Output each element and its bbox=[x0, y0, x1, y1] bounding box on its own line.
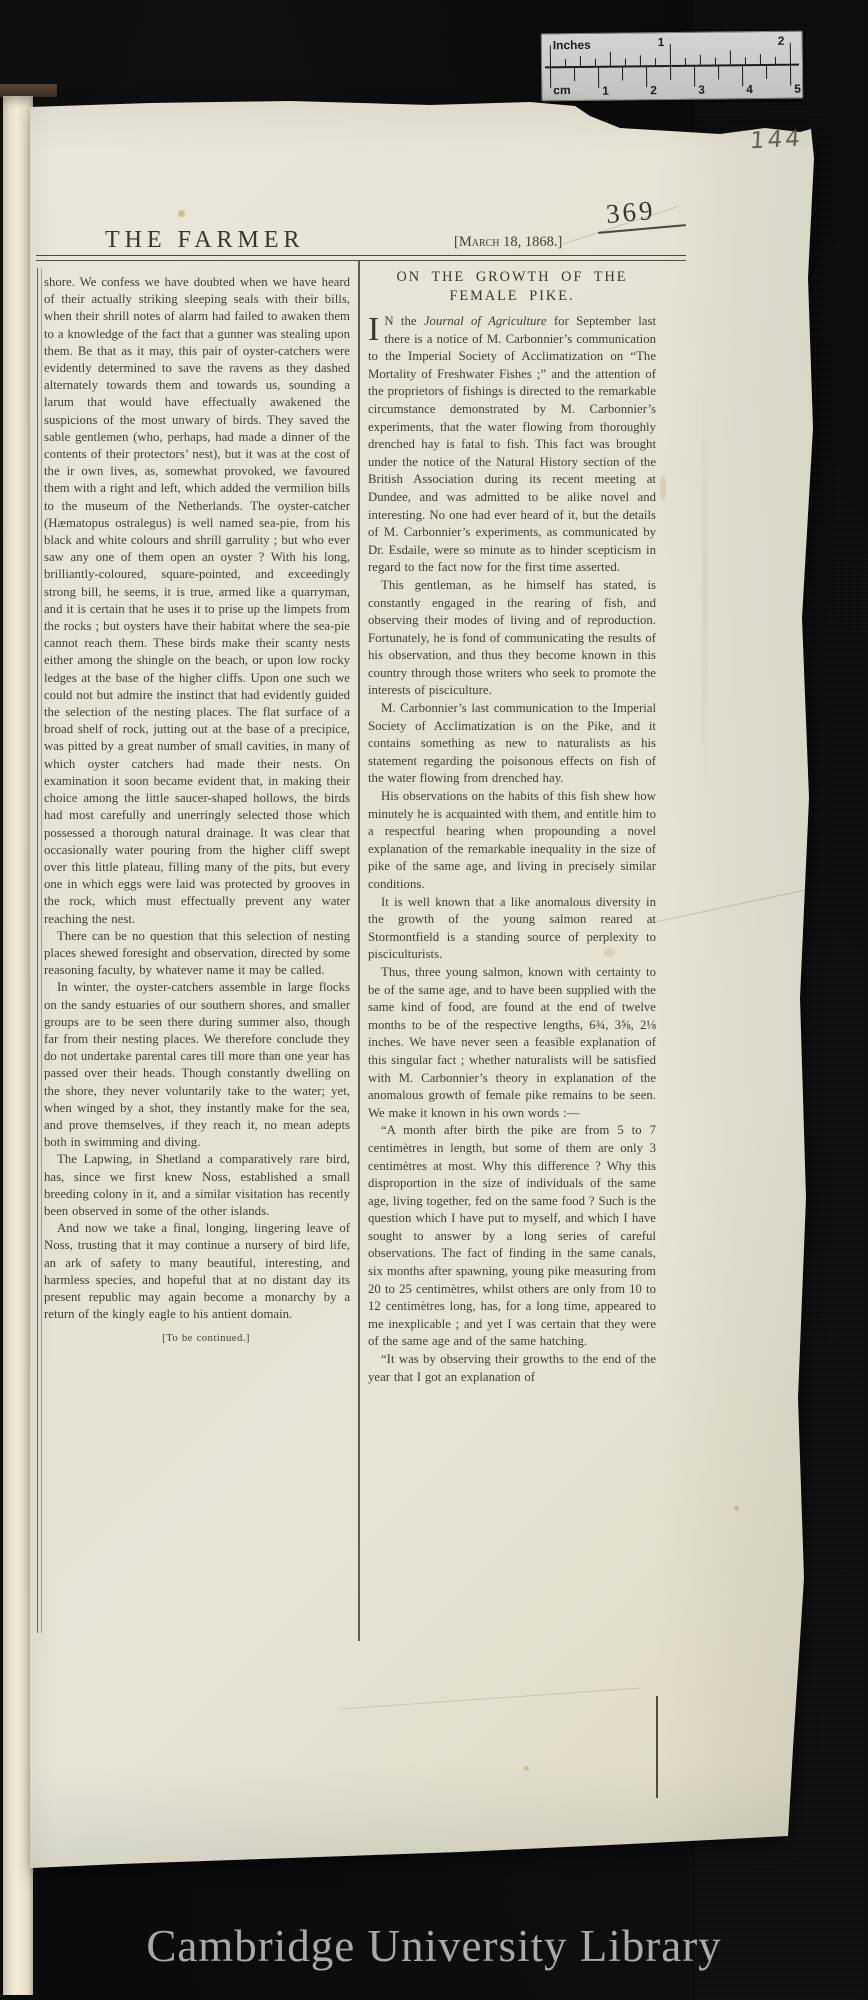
ruler-tick bbox=[715, 58, 716, 66]
album-page-edge bbox=[3, 96, 33, 1995]
article-paragraph: This gentleman, as he himself has stated… bbox=[368, 577, 656, 700]
paper-crease bbox=[340, 1688, 639, 1710]
paper-stain bbox=[524, 1766, 529, 1771]
paper-crease bbox=[647, 887, 818, 924]
article-paragraph: His observations on the habits of this f… bbox=[368, 788, 656, 894]
ruler-inches-label: Inches bbox=[553, 38, 591, 52]
ruler-tick bbox=[790, 65, 792, 85]
ruler-inch-scale: 12 bbox=[542, 32, 802, 35]
ruler-tick bbox=[670, 44, 672, 66]
article-heading: ON THE GROWTH OF THE FEMALE PIKE. bbox=[368, 268, 656, 306]
article-paragraph: There can be no question that this selec… bbox=[44, 928, 350, 980]
ruler-inch-number: 1 bbox=[658, 35, 665, 49]
ruler-tick bbox=[550, 68, 552, 88]
article-paragraph: The Lapwing, in Shetland a comparatively… bbox=[44, 1151, 350, 1220]
ruler-tick bbox=[718, 66, 720, 79]
ruler-cm-number: 5 bbox=[794, 82, 801, 96]
article-paragraph: IN the Journal of Agriculture for Septem… bbox=[368, 313, 656, 577]
ruler-tick bbox=[595, 59, 596, 67]
paragraph-text: for September last there is a notice of … bbox=[368, 314, 656, 574]
scanned-page-scene: Inches cm 12 12345 THE FARMER [March 18,… bbox=[0, 0, 868, 2000]
ruler-cm-number: 3 bbox=[698, 83, 705, 97]
ruler-tick bbox=[610, 52, 612, 67]
ruler-tick bbox=[790, 43, 792, 65]
ruler-cm-number: 4 bbox=[746, 82, 753, 96]
ruler-cm-number: 1 bbox=[602, 84, 609, 98]
article-paragraph: M. Carbonnier’s last communication to th… bbox=[368, 700, 656, 788]
ruler-tick bbox=[766, 66, 768, 79]
ruler-tick bbox=[565, 59, 566, 67]
article-heading-line2: FEMALE PIKE. bbox=[449, 288, 574, 304]
handwritten-folio-number: 144 bbox=[749, 126, 804, 155]
ruler-cm-scale: 12345 bbox=[542, 32, 802, 35]
ruler-tick bbox=[574, 68, 576, 81]
paper-stain bbox=[178, 210, 185, 217]
article-paragraph: And now we take a final, longing, linger… bbox=[44, 1220, 350, 1323]
journal-title-italic: Journal of Agriculture bbox=[424, 314, 547, 328]
article-heading-line1: ON THE GROWTH OF THE bbox=[396, 269, 627, 285]
article-paragraph: In winter, the oyster-catchers assemble … bbox=[44, 979, 350, 1151]
issue-date: [March 18, 1868.] bbox=[454, 234, 562, 251]
left-column-rule bbox=[37, 268, 42, 1633]
paper-stain bbox=[734, 1506, 739, 1511]
article-paragraph: “It was by observing their growths to th… bbox=[368, 1351, 656, 1386]
page-number: 369 bbox=[605, 195, 657, 230]
ink-mark bbox=[656, 1696, 658, 1798]
ruler-tick bbox=[580, 56, 582, 67]
paragraph-text: N the bbox=[384, 314, 424, 328]
drop-cap: I bbox=[368, 313, 384, 344]
ruler-inch-number: 2 bbox=[778, 34, 785, 48]
left-column: shore. We confess we have doubted when w… bbox=[44, 274, 350, 1348]
ruler-tick bbox=[655, 58, 656, 66]
ruler-tick bbox=[670, 67, 672, 80]
ruler-tick bbox=[640, 55, 642, 66]
ruler-cm-number: 2 bbox=[650, 83, 657, 97]
ruler-tick bbox=[745, 57, 746, 65]
newspaper-clipping: THE FARMER [March 18, 1868.] 369 shore. … bbox=[30, 98, 815, 1870]
ruler-tick bbox=[550, 45, 552, 67]
article-paragraph: It is well known that a like anomalous d… bbox=[368, 894, 656, 964]
ruler-tick bbox=[700, 55, 702, 66]
paper-crease bbox=[702, 380, 708, 800]
paper-stain bbox=[660, 476, 666, 500]
article-paragraph: shore. We confess we have doubted when w… bbox=[44, 274, 350, 928]
library-watermark: Cambridge University Library bbox=[0, 1920, 868, 1972]
column-divider-rule bbox=[358, 261, 360, 1641]
ruler-tick bbox=[646, 67, 648, 87]
ruler-tick bbox=[730, 50, 732, 65]
scale-ruler: Inches cm 12 12345 bbox=[541, 31, 804, 102]
ruler-tick bbox=[694, 66, 696, 86]
article-paragraph: “A month after birth the pike are from 5… bbox=[368, 1122, 656, 1351]
ruler-tick bbox=[775, 57, 776, 65]
ruler-tick bbox=[622, 67, 624, 80]
ruler-cm-label: cm bbox=[553, 83, 570, 97]
article-paragraph: Thus, three young salmon, known with cer… bbox=[368, 964, 656, 1122]
ruler-tick bbox=[742, 66, 744, 86]
publication-title: THE FARMER bbox=[105, 227, 305, 254]
ruler-tick bbox=[598, 67, 600, 87]
ruler-tick bbox=[760, 54, 762, 65]
header-rule bbox=[36, 255, 686, 261]
continuation-note: [To be continued.] bbox=[62, 1330, 350, 1347]
ruler-tick bbox=[685, 58, 686, 66]
ruler-tick bbox=[625, 58, 626, 66]
right-column: ON THE GROWTH OF THE FEMALE PIKE. IN the… bbox=[368, 268, 656, 1386]
